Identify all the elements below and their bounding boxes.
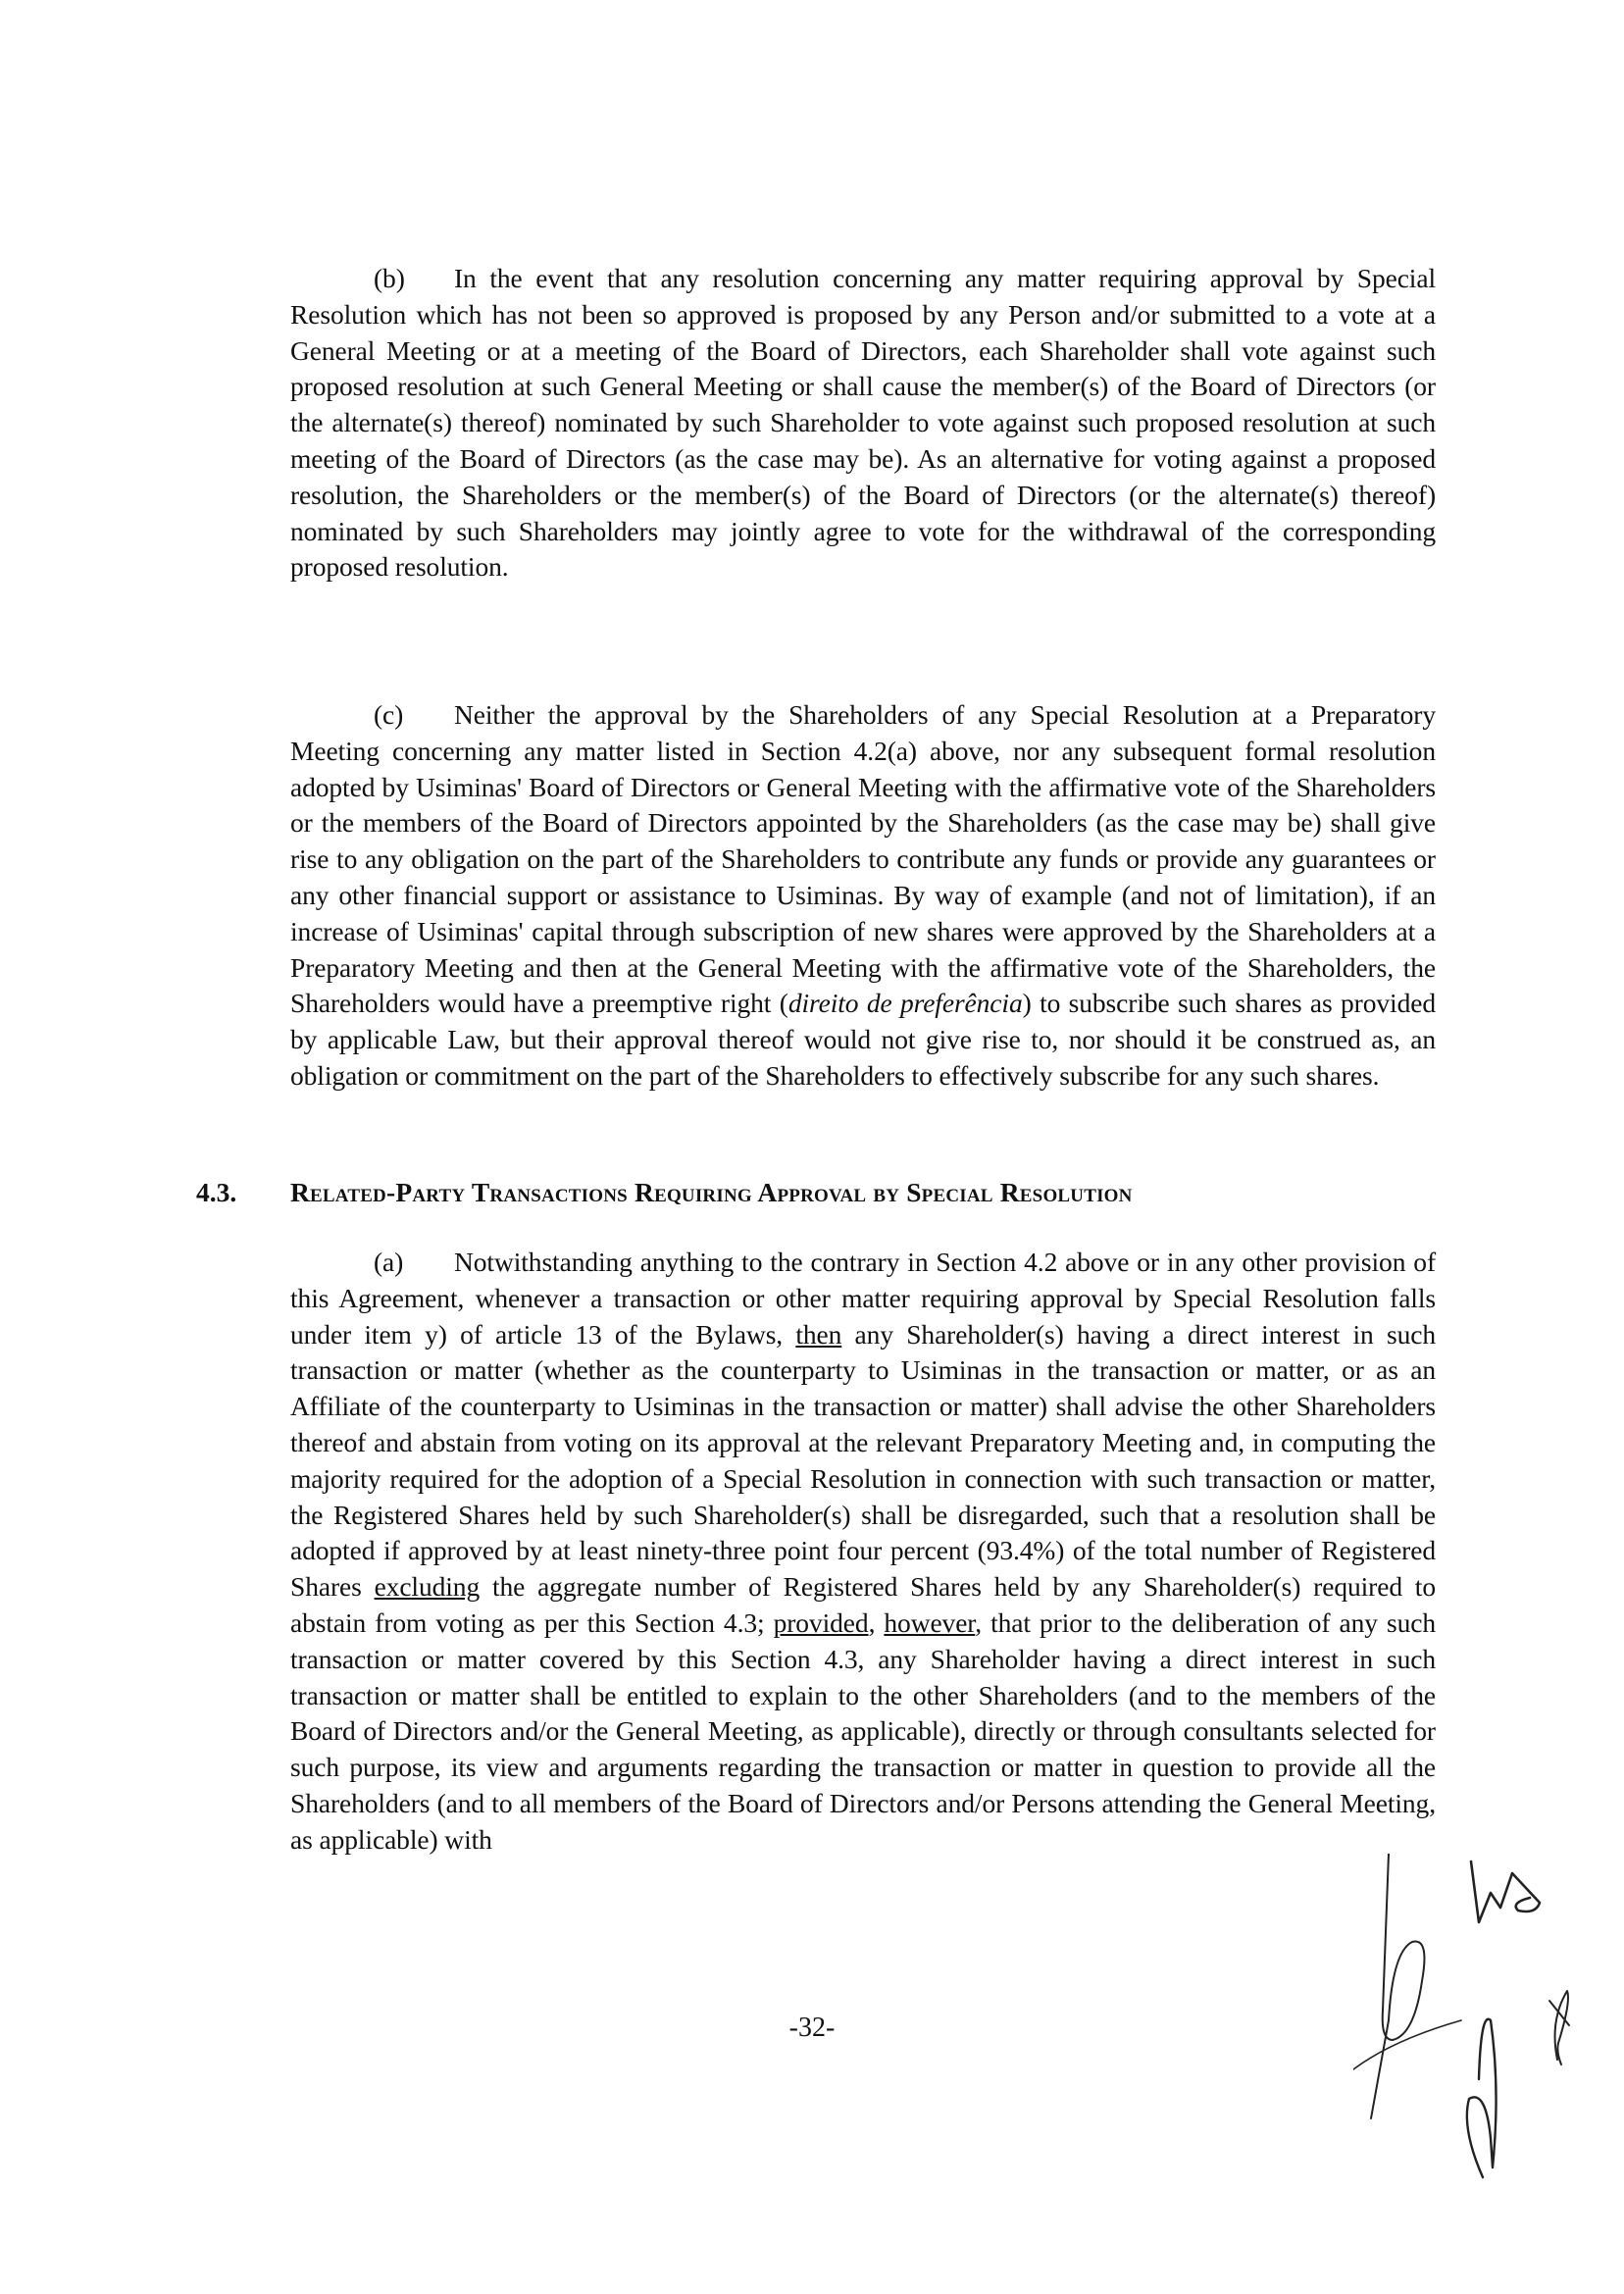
document-page: (b)In the event that any resolution conc… — [0, 0, 1624, 2294]
paragraph-text: any Shareholder(s) having a direct inter… — [290, 1319, 1436, 1603]
underlined-term: provided — [774, 1607, 869, 1638]
section-4-3-paragraph-a: (a)Notwithstanding anything to the contr… — [290, 1245, 1436, 1859]
underlined-term: excluding — [375, 1571, 481, 1602]
paragraph-b: (b)In the event that any resolution conc… — [290, 261, 1436, 586]
paragraph-text: , — [869, 1607, 885, 1638]
paragraph-marker: (a) — [374, 1245, 454, 1281]
section-number: 4.3. — [196, 1175, 290, 1210]
underlined-term: then — [795, 1319, 841, 1350]
paragraph-text: In the event that any resolution concern… — [290, 263, 1436, 582]
paragraph-marker: (c) — [374, 697, 454, 734]
paragraph-text: , that prior to the deliberation of any … — [290, 1607, 1436, 1855]
signature-initials-icon — [1549, 1991, 1569, 2065]
paragraph-marker: (b) — [374, 261, 454, 297]
signature-initials-icon — [1471, 1861, 1540, 1922]
section-title: Related-Party Transactions Requiring App… — [290, 1177, 1133, 1207]
handwritten-initials — [1353, 1854, 1624, 2226]
paragraph-c: (c)Neither the approval by the Sharehold… — [290, 697, 1436, 1095]
signature-initials-icon — [1353, 1854, 1461, 2118]
signature-initials-icon — [1467, 2019, 1497, 2177]
underlined-term: however — [884, 1607, 975, 1638]
section-heading: 4.3.Related-Party Transactions Requiring… — [196, 1175, 1442, 1210]
paragraph-text: Neither the approval by the Shareholders… — [290, 699, 1436, 1018]
italic-term: direito de preferência — [788, 988, 1023, 1018]
